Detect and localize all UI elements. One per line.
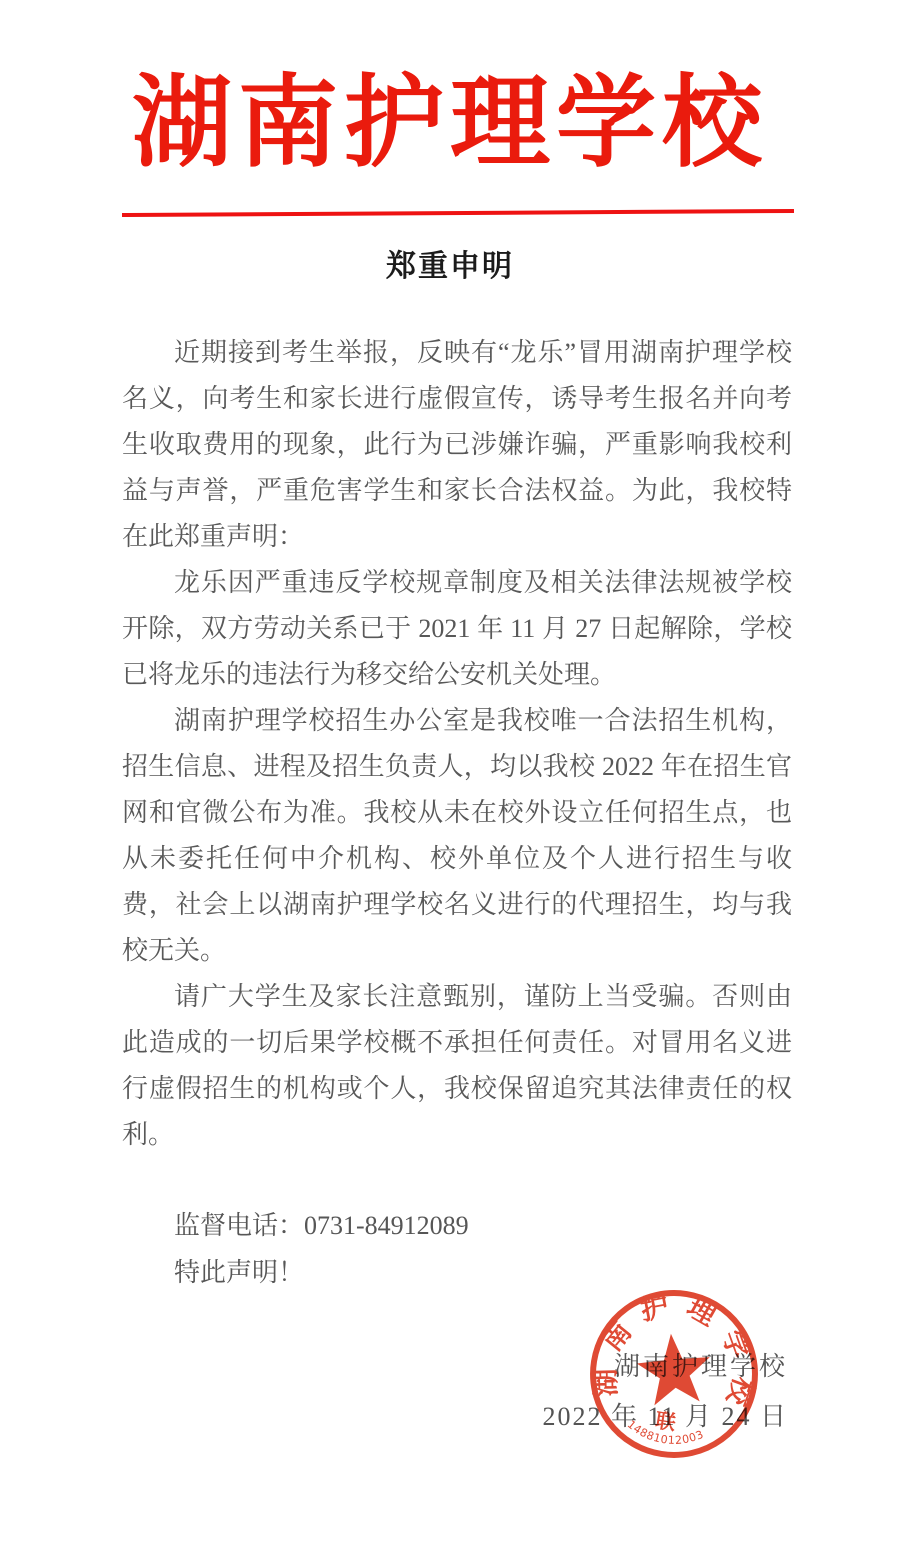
- official-seal: 湖南护理学校 14881012003618 联: [582, 1282, 766, 1466]
- document-title: 郑重申明: [0, 244, 900, 290]
- supervision-phone-line: 监督电话：0731-84912089: [122, 1202, 792, 1249]
- paragraph-report: 近期接到考生举报，反映有“龙乐”冒用湖南护理学校名义，向考生和家长进行虚假宣传，…: [122, 330, 792, 560]
- statement-body: 近期接到考生举报，反映有“龙乐”冒用湖南护理学校名义，向考生和家长进行虚假宣传，…: [122, 330, 792, 1158]
- letterhead: 湖南护理学校: [0, 50, 900, 198]
- paragraph-dismissal: 龙乐因严重违反学校规章制度及相关法律法规被学校开除，双方劳动关系已于 2021 …: [122, 560, 792, 698]
- star-icon: [634, 1330, 713, 1406]
- seal-bottom-character: 联: [654, 1408, 678, 1435]
- school-name-heading: 湖南护理学校: [0, 50, 900, 198]
- paragraph-warning: 请广大学生及家长注意甄别，谨防上当受骗。否则由此造成的一切后果学校概不承担任何责…: [122, 974, 792, 1158]
- letterhead-divider: [122, 209, 794, 217]
- paragraph-admissions: 湖南护理学校招生办公室是我校唯一合法招生机构，招生信息、进程及招生负责人，均以我…: [122, 698, 792, 974]
- statement-document: 湖南护理学校 郑重申明 近期接到考生举报，反映有“龙乐”冒用湖南护理学校名义，向…: [0, 0, 900, 1552]
